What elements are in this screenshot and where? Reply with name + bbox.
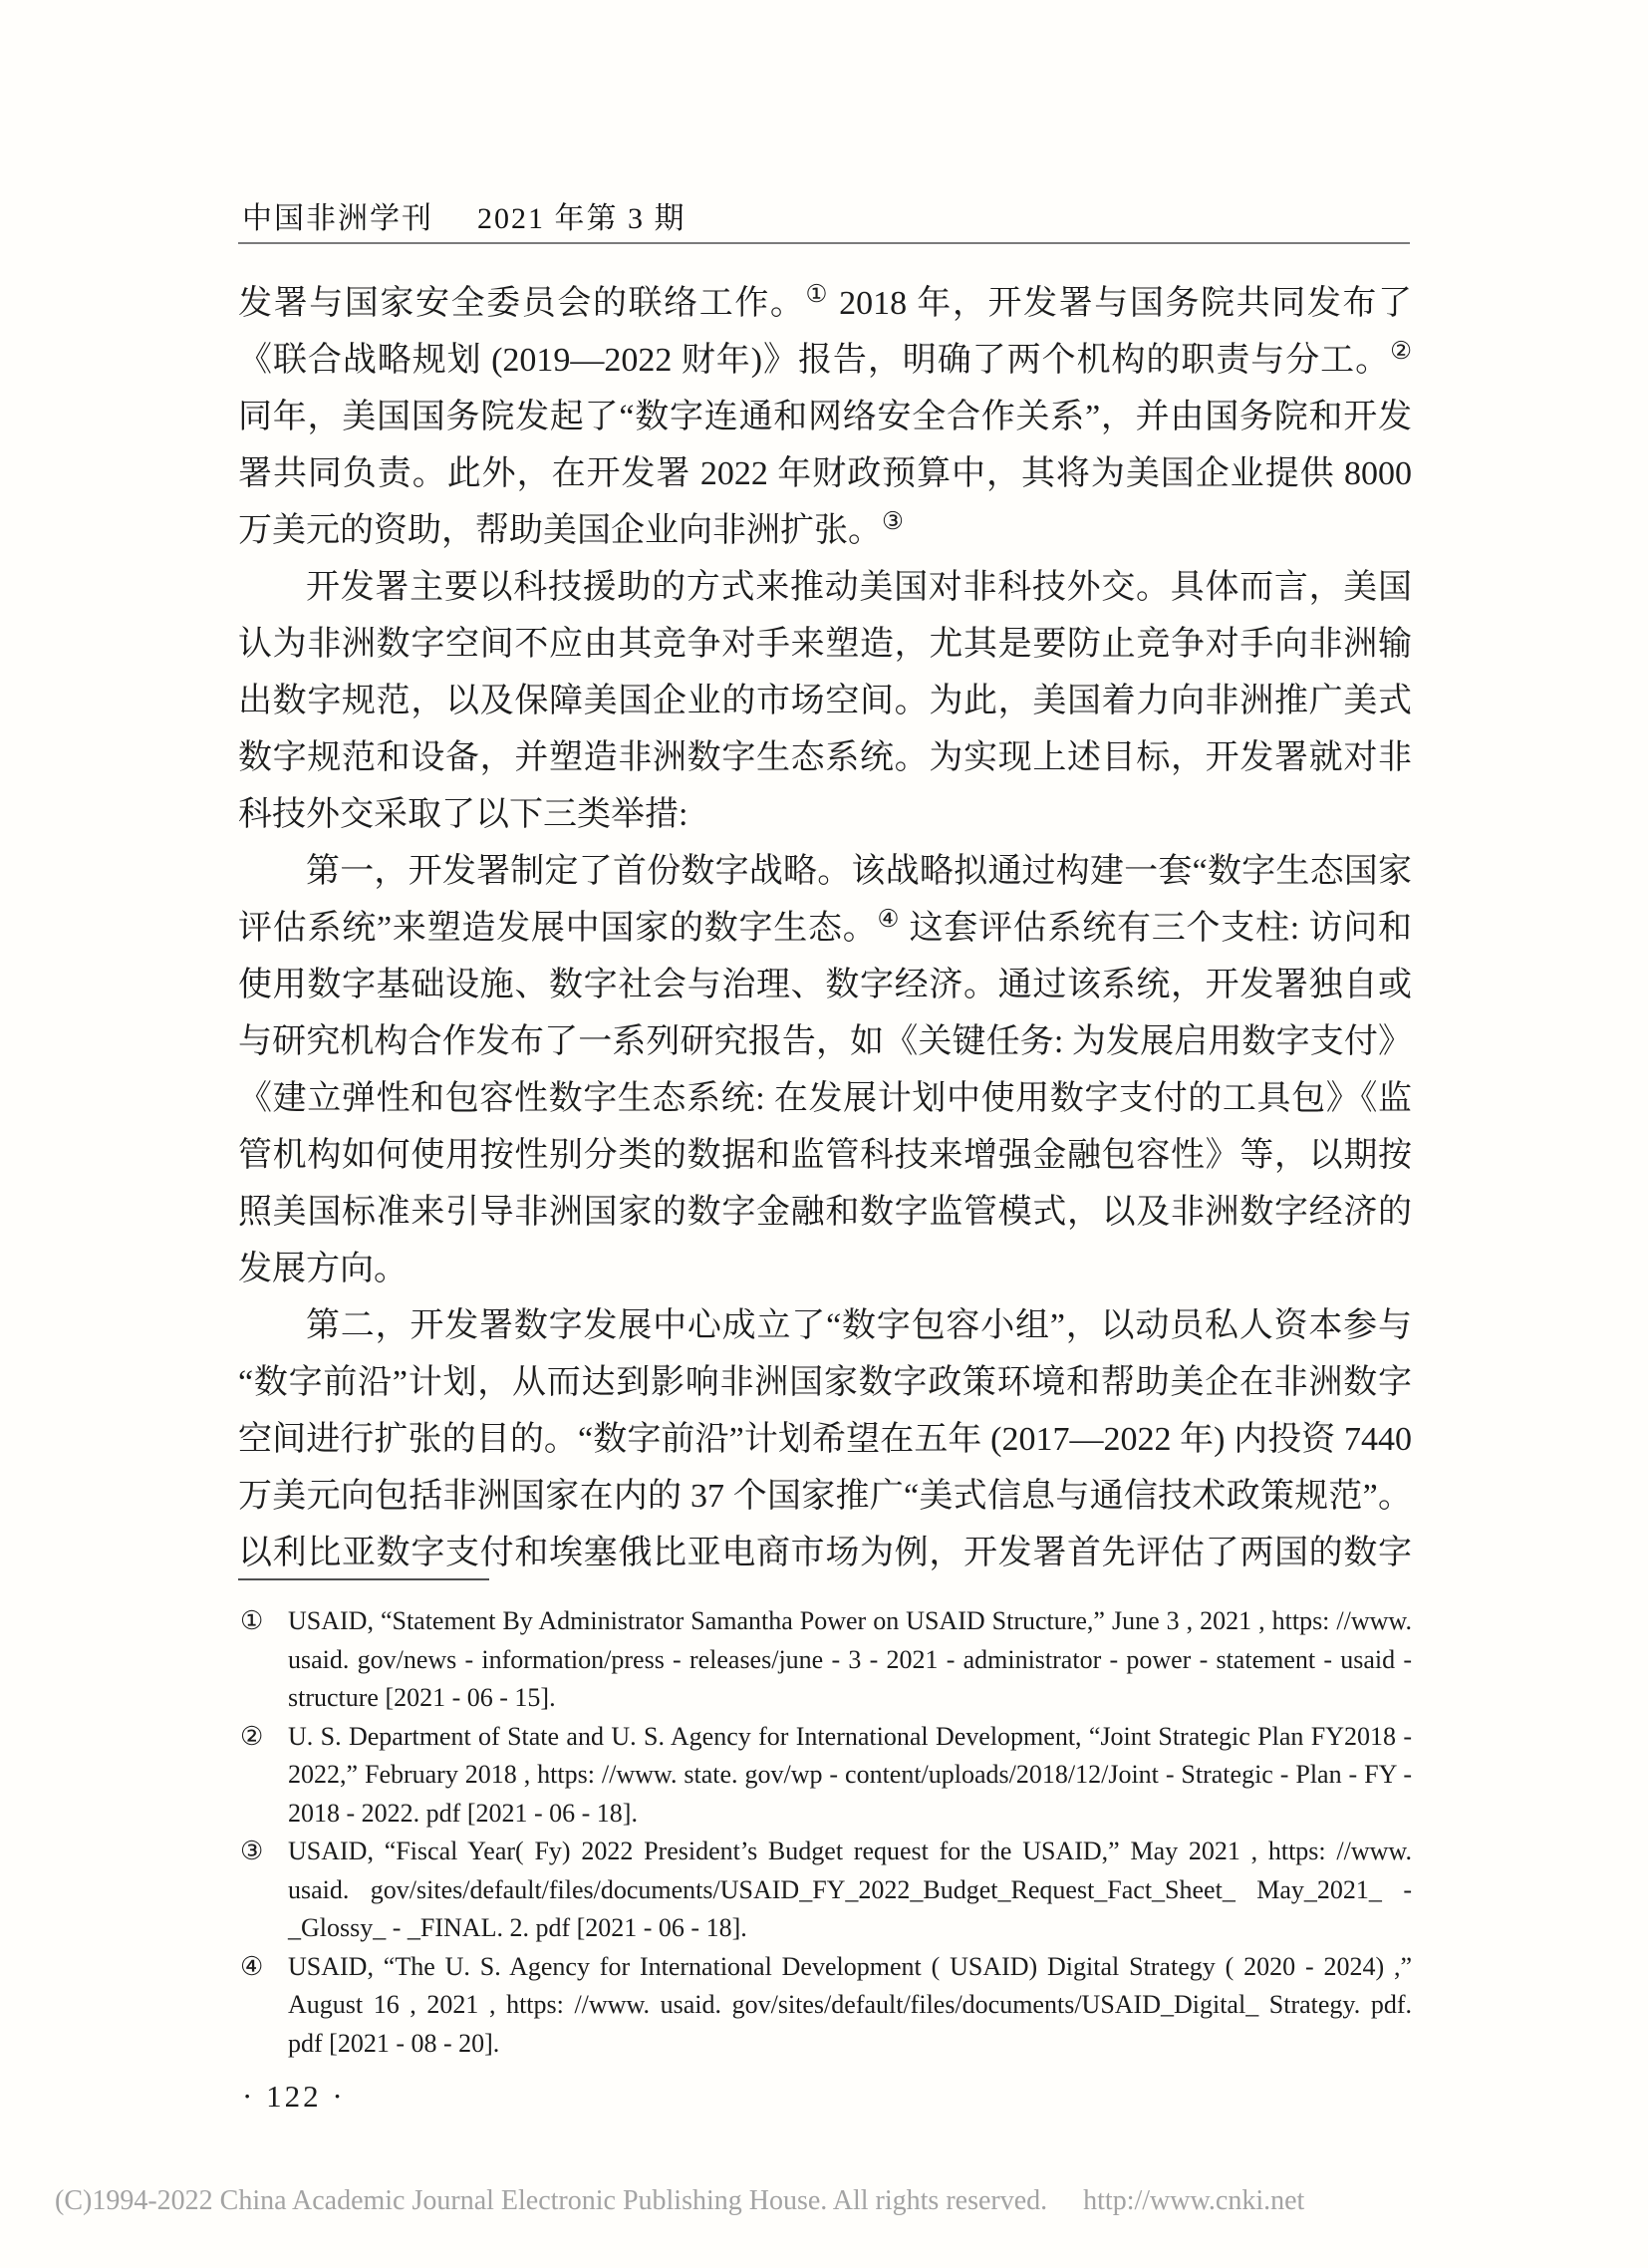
footnote-separator-rule xyxy=(238,1578,489,1580)
footnote-marker: ② xyxy=(240,1718,263,1757)
issue-label: 2021 年第 3 期 xyxy=(477,193,687,237)
paragraph: 发署与国家安全委员会的联络工作。① 2018 年，开发署与国务院共同发布了《联合… xyxy=(238,275,1412,559)
footnote-item: ③USAID, “Fiscal Year( Fy) 2022 President… xyxy=(238,1833,1412,1948)
footnote-ref: ③ xyxy=(882,508,904,535)
footnote-marker: ④ xyxy=(240,1948,263,1987)
footnote-text: USAID, “Statement By Administrator Saman… xyxy=(288,1606,1412,1712)
footnote-ref: ② xyxy=(1390,338,1412,365)
journal-title: 中国非洲学刊 xyxy=(242,193,433,237)
footnote-item: ④USAID, “The U. S. Agency for Internatio… xyxy=(238,1948,1412,2064)
footnotes-section: ①USAID, “Statement By Administrator Sama… xyxy=(238,1602,1412,2063)
footnote-item: ②U. S. Department of State and U. S. Age… xyxy=(238,1718,1412,1834)
cnki-url: http://www.cnki.net xyxy=(1083,2185,1304,2217)
footnote-text: USAID, “The U. S. Agency for Internation… xyxy=(288,1952,1412,2058)
paragraph: 第二，开发署数字发展中心成立了“数字包容小组”，以动员私人资本参与“数字前沿”计… xyxy=(238,1297,1412,1586)
footnote-marker: ③ xyxy=(240,1833,263,1871)
footnote-marker: ① xyxy=(240,1602,263,1641)
header-rule xyxy=(238,242,1410,244)
footnote-item: ①USAID, “Statement By Administrator Sama… xyxy=(238,1602,1412,1718)
footnote-ref: ④ xyxy=(877,906,900,933)
paragraph: 第一，开发署制定了首份数字战略。该战略拟通过构建一套“数字生态国家评估系统”来塑… xyxy=(238,843,1412,1297)
footnote-ref: ① xyxy=(806,281,830,308)
running-head: 中国非洲学刊 2021 年第 3 期 xyxy=(242,193,687,237)
footnote-text: USAID, “Fiscal Year( Fy) 2022 President’… xyxy=(288,1837,1412,1942)
page-number: · 122 · xyxy=(242,2079,346,2115)
copyright-text: (C)1994-2022 China Academic Journal Elec… xyxy=(55,2185,1047,2217)
copyright-footer: (C)1994-2022 China Academic Journal Elec… xyxy=(55,2185,1304,2217)
journal-page: 中国非洲学刊 2021 年第 3 期 发署与国家安全委员会的联络工作。① 201… xyxy=(0,0,1648,2268)
paragraph: 开发署主要以科技援助的方式来推动美国对非科技外交。具体而言，美国认为非洲数字空间… xyxy=(238,559,1412,843)
article-body: 发署与国家安全委员会的联络工作。① 2018 年，开发署与国务院共同发布了《联合… xyxy=(238,275,1412,1586)
footnote-text: U. S. Department of State and U. S. Agen… xyxy=(288,1722,1412,1828)
